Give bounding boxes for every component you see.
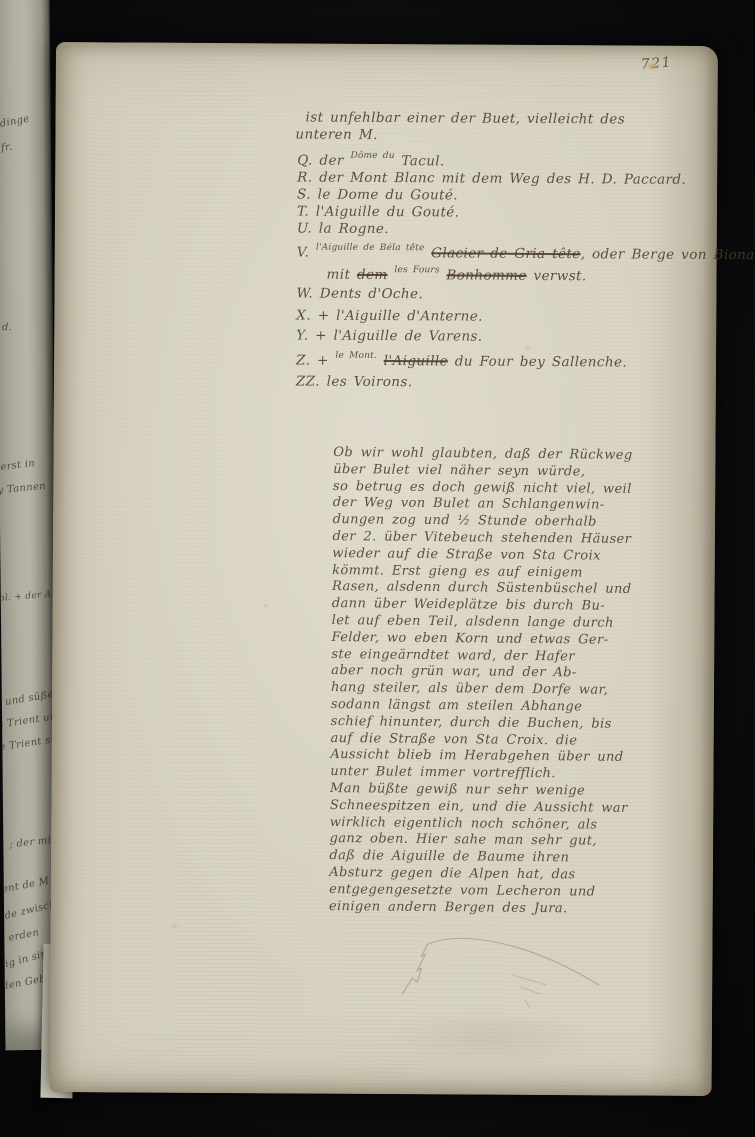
handwritten-text: S. le Dome du Gouté. (297, 186, 458, 203)
list-line: U. la Rogne. (297, 220, 755, 240)
inserted-correction: les Fours (394, 265, 439, 275)
handwritten-text: , oder Berge von Bionassay, (581, 246, 755, 263)
handwritten-text: T. l'Aiguille du Gouté. (297, 203, 460, 220)
list-line: V. l'Aiguille de Béla tête Glacier de Gr… (297, 239, 755, 264)
margin-text-fragment: fr. (0, 142, 13, 154)
margin-text-fragment: ent de M (1, 876, 50, 896)
peak-list-block: ist unfehlbar einer der Buet, vielleicht… (296, 109, 755, 395)
handwritten-text: ist unfehlbar einer der Buet, vielleicht… (305, 110, 625, 128)
struck-text: dem (357, 267, 388, 283)
handwritten-text: mit (327, 267, 358, 283)
manuscript-page: 721 ist unfehlbar einer der Buet, vielle… (50, 42, 718, 1096)
margin-text-fragment: de zwisch (4, 899, 58, 922)
inserted-correction: l'Aiguille de Béla tête (316, 243, 425, 254)
list-line: Z. + le Mont. l'Aiguille du Four bey Sal… (296, 345, 755, 374)
handwritten-text: X. + l'Aiguille d'Anterne. (296, 307, 483, 324)
mountain-ridge-sketch (394, 916, 625, 1012)
margin-text-fragment: y Tannen (0, 481, 46, 497)
list-line: mit dem les Fours Bonhomme verwst. (327, 262, 755, 287)
list-line: unteren M. (295, 126, 755, 146)
margin-text-fragment: ; der mit (9, 834, 56, 850)
inserted-correction: Dôme du (350, 151, 394, 161)
handwritten-text: Y. + l'Aiguille de Varens. (296, 327, 482, 344)
list-line: W. Dents d'Oche. (296, 285, 755, 305)
margin-text-fragment: dinge (0, 113, 30, 129)
page-number: 721 (640, 54, 672, 72)
handwritten-text: unteren M. (295, 126, 377, 143)
handwritten-text: W. Dents d'Oche. (296, 285, 423, 302)
margin-text-fragment: und süße (4, 689, 54, 708)
margin-text-fragment: erst in (0, 458, 36, 473)
inserted-correction: le Mont. (335, 351, 377, 361)
struck-text: Glacier de Gria tête (431, 245, 581, 262)
struck-text: Bonhomme (446, 267, 526, 283)
margin-text-fragment: erden (8, 927, 40, 944)
handwritten-text: Z. + (296, 352, 335, 368)
handwritten-text: du Four bey Sallenche. (448, 353, 627, 370)
handwritten-text: U. la Rogne. (297, 220, 389, 237)
photograph-background: dingefr.d.erst iny Tannenbl. + der Aigui… (0, 0, 755, 1137)
list-line: ZZ. les Voirons. (296, 371, 755, 395)
handwritten-text: verwst. (527, 268, 587, 284)
handwritten-text: ZZ. les Voirons. (296, 373, 413, 390)
handwritten-text: Q. der (297, 152, 350, 168)
handwritten-text: Tacul. (395, 153, 445, 169)
margin-text-fragment: e Trient su (0, 734, 58, 754)
margin-text-fragment: d. (2, 322, 12, 333)
foxing-spot (171, 923, 179, 929)
margin-text-fragment: bl. + der Aiguil (0, 588, 61, 604)
paper-discoloration (380, 1009, 600, 1065)
struck-text: l'Aiguille (384, 353, 448, 369)
list-line: Q. der Dôme du Tacul. (297, 147, 755, 172)
journal-paragraph-block: Ob wir wohl glaubten, daß der Rückwegübe… (329, 445, 715, 919)
handwritten-text: R. der Mont Blanc mit dem Weg des H. D. … (297, 169, 686, 187)
foxing-spot (263, 603, 269, 608)
handwritten-text: V. (297, 244, 316, 260)
